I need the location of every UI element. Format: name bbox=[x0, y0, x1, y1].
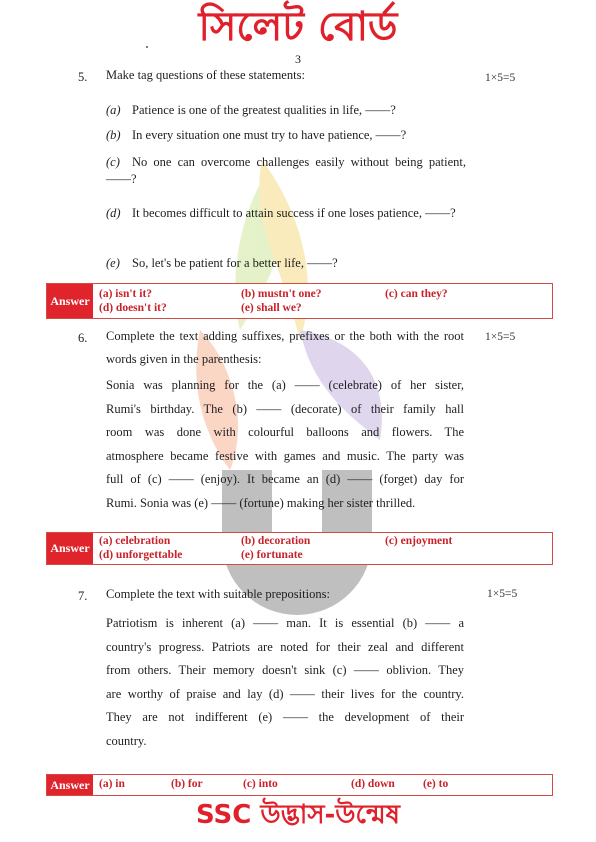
answer-label: Answer bbox=[47, 775, 93, 795]
question-6-number: 6. bbox=[78, 331, 87, 346]
passage-line: are worthy of praise and lay (d) —— thei… bbox=[106, 683, 464, 707]
question-6-marks: 1×5=5 bbox=[485, 331, 515, 343]
question-5-item-d: (d)It becomes difficult to attain succes… bbox=[106, 205, 466, 222]
answer-item: (e) shall we? bbox=[241, 301, 302, 315]
answer-item: (b) decoration bbox=[241, 534, 310, 548]
answer-item: (e) fortunate bbox=[241, 548, 303, 562]
answer-grid: (a) in (b) for (c) into (d) down (e) to bbox=[93, 775, 552, 795]
question-7-instruction: Complete the text with suitable preposit… bbox=[106, 583, 330, 606]
question-5-item-a: (a)Patience is one of the greatest quali… bbox=[106, 103, 396, 118]
question-5-item-c: (c)No one can overcome challenges easily… bbox=[106, 154, 466, 188]
question-5-marks: 1×5=5 bbox=[485, 72, 515, 84]
question-5-number: 5. bbox=[78, 70, 87, 85]
answer-item: (d) doesn't it? bbox=[99, 301, 167, 315]
answer-item: (d) down bbox=[351, 777, 395, 791]
answer-item: (c) can they? bbox=[385, 287, 448, 301]
item-text: In every situation one must try to have … bbox=[132, 128, 406, 142]
stray-dot bbox=[146, 46, 148, 48]
answer-item: (d) unforgettable bbox=[99, 548, 182, 562]
answer-item: (e) to bbox=[423, 777, 448, 791]
question-7-passage: Patriotism is inherent (a) —— man. It is… bbox=[106, 612, 464, 753]
item-label: (d) bbox=[106, 205, 132, 222]
passage-line: Patriotism is inherent (a) —— man. It is… bbox=[106, 612, 464, 636]
item-label: (c) bbox=[106, 154, 132, 171]
passage-line: full of (c) —— (enjoy). It became an (d)… bbox=[106, 468, 464, 492]
answer-item: (c) into bbox=[243, 777, 278, 791]
passage-line: country's progress. Patriots are noted f… bbox=[106, 636, 464, 660]
answer-item: (b) for bbox=[171, 777, 203, 791]
question-6-instruction: Complete the text adding suffixes, prefi… bbox=[106, 325, 464, 371]
question-5-answer-box: Answer (a) isn't it? (b) mustn't one? (c… bbox=[46, 283, 553, 319]
answer-item: (a) in bbox=[99, 777, 125, 791]
footer-title: SSC উদ্ভাস-উন্মেষ bbox=[0, 798, 596, 832]
question-7-number: 7. bbox=[78, 589, 87, 604]
question-6-passage: Sonia was planning for the (a) —— (celeb… bbox=[106, 374, 464, 515]
answer-item: (c) enjoyment bbox=[385, 534, 452, 548]
question-5-instruction: Make tag questions of these statements: bbox=[106, 64, 305, 87]
answer-label: Answer bbox=[47, 533, 93, 564]
passage-line: country. bbox=[106, 730, 464, 754]
question-6-answer-box: Answer (a) celebration (b) decoration (c… bbox=[46, 532, 553, 565]
answer-item: (b) mustn't one? bbox=[241, 287, 322, 301]
item-label: (e) bbox=[106, 256, 132, 271]
passage-line: atmosphere became festive with games and… bbox=[106, 445, 464, 469]
answer-grid: (a) celebration (b) decoration (c) enjoy… bbox=[93, 533, 552, 564]
header-title: সিলেট বোর্ড bbox=[0, 4, 596, 50]
passage-line: from others. Their memory doesn't sink (… bbox=[106, 659, 464, 683]
passage-line: Sonia was planning for the (a) —— (celeb… bbox=[106, 374, 464, 398]
answer-grid: (a) isn't it? (b) mustn't one? (c) can t… bbox=[93, 284, 552, 318]
item-label: (b) bbox=[106, 128, 132, 143]
item-text: No one can overcome challenges easily wi… bbox=[106, 155, 466, 186]
passage-line: They are not indifferent (e) —— the deve… bbox=[106, 706, 464, 730]
answer-label: Answer bbox=[47, 284, 93, 318]
passage-line: room was done with colourful balloons an… bbox=[106, 421, 464, 445]
answer-item: (a) celebration bbox=[99, 534, 170, 548]
question-7-marks: 1×5=5 bbox=[487, 588, 517, 600]
question-7-answer-box: Answer (a) in (b) for (c) into (d) down … bbox=[46, 774, 553, 796]
question-5-item-e: (e)So, let's be patient for a better lif… bbox=[106, 256, 338, 271]
item-label: (a) bbox=[106, 103, 132, 118]
item-text: So, let's be patient for a better life, … bbox=[132, 256, 338, 270]
item-text: Patience is one of the greatest qualitie… bbox=[132, 103, 396, 117]
passage-line: Rumi. Sonia was (e) —— (fortune) making … bbox=[106, 492, 464, 516]
passage-line: Rumi's birthday. The (b) —— (decorate) o… bbox=[106, 398, 464, 422]
question-5-item-b: (b)In every situation one must try to ha… bbox=[106, 128, 406, 143]
item-text: It becomes difficult to attain success i… bbox=[132, 206, 456, 220]
answer-item: (a) isn't it? bbox=[99, 287, 152, 301]
